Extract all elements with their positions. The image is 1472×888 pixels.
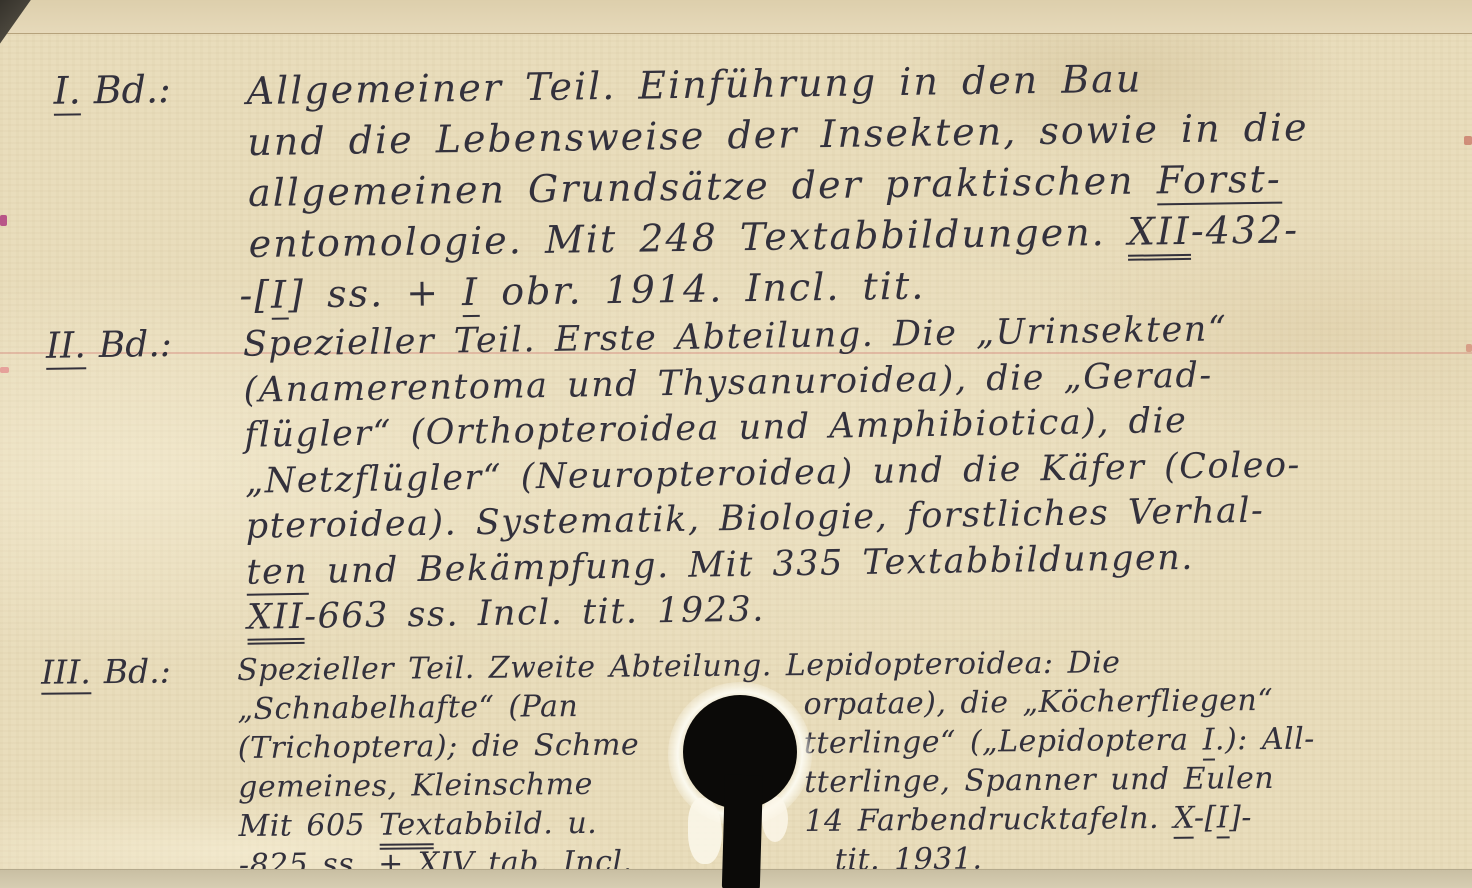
volume-numeral: I. [53, 68, 81, 115]
line-right-of-hole: tterlinge“ („Lepidoptera I.): All- [804, 720, 1315, 763]
entry-volume-3: III. Bd.: Spezieller Teil. Zweite Abteil… [41, 643, 1122, 886]
entry-1-text: Allgemeiner Teil. Einführung in den Bau … [246, 51, 1311, 321]
line-left-of-hole: Mit 605 Textabbild. u. [238, 804, 597, 846]
line-right-of-hole: 14 Farbendrucktafeln. X-[I]- [804, 798, 1252, 841]
roman-numeral: X [1173, 801, 1194, 839]
line-right-of-hole: tterlinge, Spanner und Eulen [804, 759, 1274, 802]
line-text: ]- [1229, 800, 1252, 835]
line-text: .): All- [1215, 722, 1315, 758]
line-text: ] ss. + [288, 270, 463, 316]
line-text: Mit 605 [238, 808, 379, 844]
roman-numeral: I [462, 270, 480, 317]
roman-numeral: I [271, 273, 289, 320]
line-text: -[ [1194, 800, 1217, 835]
line-text: 14 Farbendrucktafeln. [804, 801, 1173, 839]
entry-2-text: Spezieller Teil. Erste Abteilung. Die „U… [243, 306, 1304, 641]
catalog-card: I. Bd.: Allgemeiner Teil. Einführung in … [0, 0, 1472, 888]
line-text: -663 ss. Incl. tit. 1923. [304, 590, 765, 637]
volume-unit: Bd.: [93, 67, 171, 115]
line-text: allgemeinen Grundsätze der praktischen [248, 158, 1157, 215]
volume-numeral: III. [41, 652, 91, 694]
card-top-edge [0, 0, 1472, 34]
volume-unit: Bd.: [98, 324, 172, 369]
entry-3-label: III. Bd.: [41, 651, 237, 695]
line-text: tterlinge“ („Lepidoptera [804, 723, 1203, 761]
line-left-of-hole: „Schnabelhafte“ (Pan [237, 687, 578, 729]
roman-numeral: XII [1127, 209, 1191, 261]
left-edge-ink-mark [0, 215, 7, 226]
line-text: tabbild. u. [433, 806, 597, 842]
line-right-of-hole: orpatae), die „Köcherfliegen“ [803, 681, 1273, 724]
left-edge-ink-mark [0, 367, 9, 373]
entry-volume-1: I. Bd.: Allgemeiner Teil. Einführung in … [53, 51, 1311, 323]
entry-2-label: II. Bd.: [46, 323, 244, 370]
line-text: -432- [1191, 207, 1300, 253]
line-text: -[ [239, 273, 271, 317]
roman-numeral: I [1217, 800, 1230, 838]
roman-numeral: XII [247, 597, 305, 645]
volume-unit: Bd.: [104, 652, 171, 695]
volume-numeral: II. [46, 325, 87, 370]
line-left-of-hole: (Trichoptera); die Schme [238, 725, 640, 768]
line-left-of-hole: gemeines, Kleinschme [238, 765, 593, 807]
right-edge-ink-mark [1466, 344, 1472, 352]
underlined-word: ten [246, 551, 308, 595]
underlined-word: Forst- [1156, 157, 1282, 206]
entry-volume-2: II. Bd.: Spezieller Teil. Erste Abteilun… [46, 306, 1304, 644]
right-edge-ink-mark [1464, 136, 1472, 145]
entry-1-label: I. Bd.: [53, 66, 247, 116]
rod-hole-slot [722, 774, 763, 888]
hole-punch-wear [762, 796, 788, 842]
line-text: entomologie. Mit 248 Textabbildungen. [248, 210, 1128, 266]
roman-numeral: I [1202, 722, 1215, 760]
line-text: obr. 1914. Incl. tit. [479, 264, 926, 314]
